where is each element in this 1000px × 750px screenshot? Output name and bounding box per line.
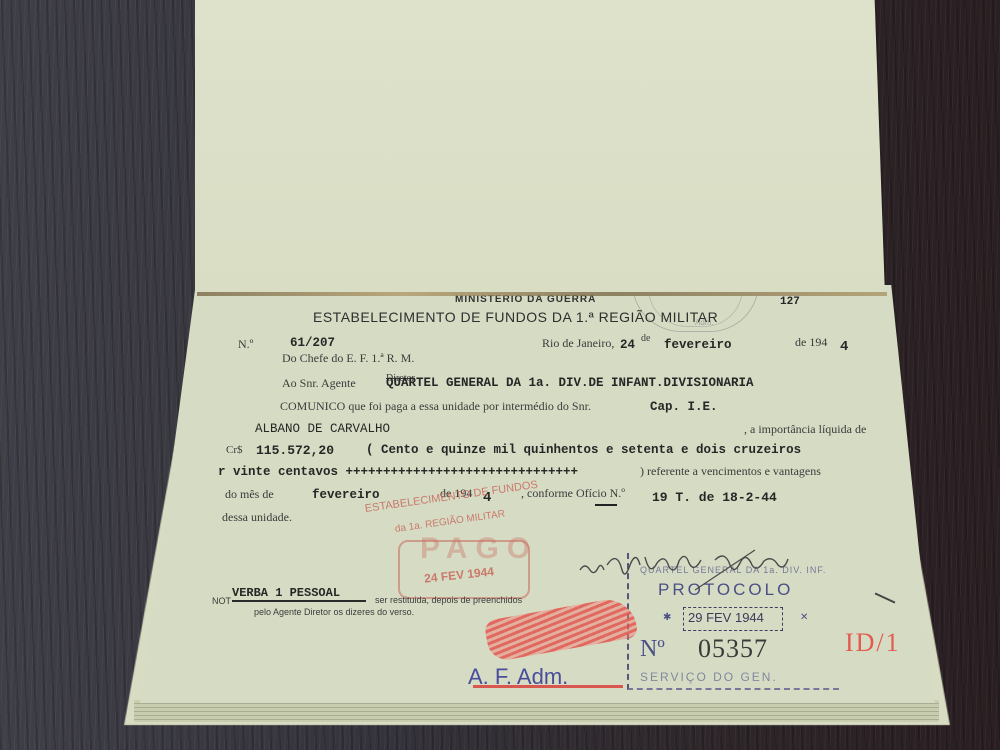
month-value: fevereiro [664, 338, 732, 352]
number-label: N.º [238, 337, 253, 352]
mes-value: fevereiro [312, 488, 380, 502]
paid-stamp-text: PAGO [420, 532, 538, 566]
to-label: Ao Snr. Agente [282, 376, 356, 391]
intermediary-rank: Cap. I.E. [650, 400, 718, 414]
handwritten-signature [575, 545, 825, 595]
referente-text: ) referente a vencimentos e vantagens [640, 464, 821, 479]
year-prefix: de 194 [795, 335, 827, 350]
nota-prefix: NOT [212, 596, 231, 606]
from-line: Do Chefe do E. F. 1.ª R. M. [282, 351, 414, 366]
protocol-number: 05357 [698, 634, 768, 664]
oficio-value: 19 T. de 18-2-44 [652, 490, 777, 505]
protocol-no-label: Nº [640, 636, 665, 663]
verba-underline [232, 600, 366, 602]
verba-label: VERBA 1 PESSOAL [232, 586, 340, 600]
document-title: ESTABELECIMENTO DE FUNDOS DA 1.ª REGIÃO … [313, 309, 718, 325]
number-value: 61/207 [290, 336, 335, 350]
protocol-footer: SERVIÇO DO GEN. [640, 670, 778, 684]
red-underline [473, 685, 623, 688]
folded-cover-sheet [195, 0, 885, 296]
comunico-text: COMUNICO que foi paga a essa unidade por… [280, 399, 591, 414]
mes-label: do mês de [225, 487, 274, 502]
currency-label: Cr$ [226, 444, 243, 456]
protocol-date-box [683, 607, 783, 631]
note-line-1: ser restituida, depois de preenchidos [375, 595, 522, 605]
dessa-unidade-text: dessa unidade. [222, 510, 292, 525]
star-icon-right: ✕ [800, 612, 808, 623]
importancia-label: , a importância líquida de [744, 422, 866, 437]
note-line-2: pelo Agente Diretor os dizeres do verso. [254, 607, 414, 617]
page-number: 127 [780, 296, 800, 308]
day-value: 24 [620, 338, 635, 352]
amount-in-words-1: ( Cento e quinze mil quinhentos e setent… [366, 443, 801, 457]
strikethrough-mark [595, 504, 617, 506]
star-icon-left: ✱ [663, 612, 671, 623]
paper-stack-edge [134, 700, 939, 722]
amount-value: 115.572,20 [256, 443, 334, 458]
handwritten-id-mark: ID/1 [845, 628, 901, 658]
person-name: ALBANO DE CARVALHO [255, 422, 390, 436]
to-unit-value: QUARTEL GENERAL DA 1a. DIV.DE INFANT.DIV… [386, 376, 754, 390]
place-label: Rio de Janeiro, [542, 336, 614, 351]
de-label: de [641, 333, 650, 344]
year-suffix: 4 [840, 339, 848, 355]
amount-in-words-2: r vinte centavos +++++++++++++++++++++++… [218, 465, 578, 479]
